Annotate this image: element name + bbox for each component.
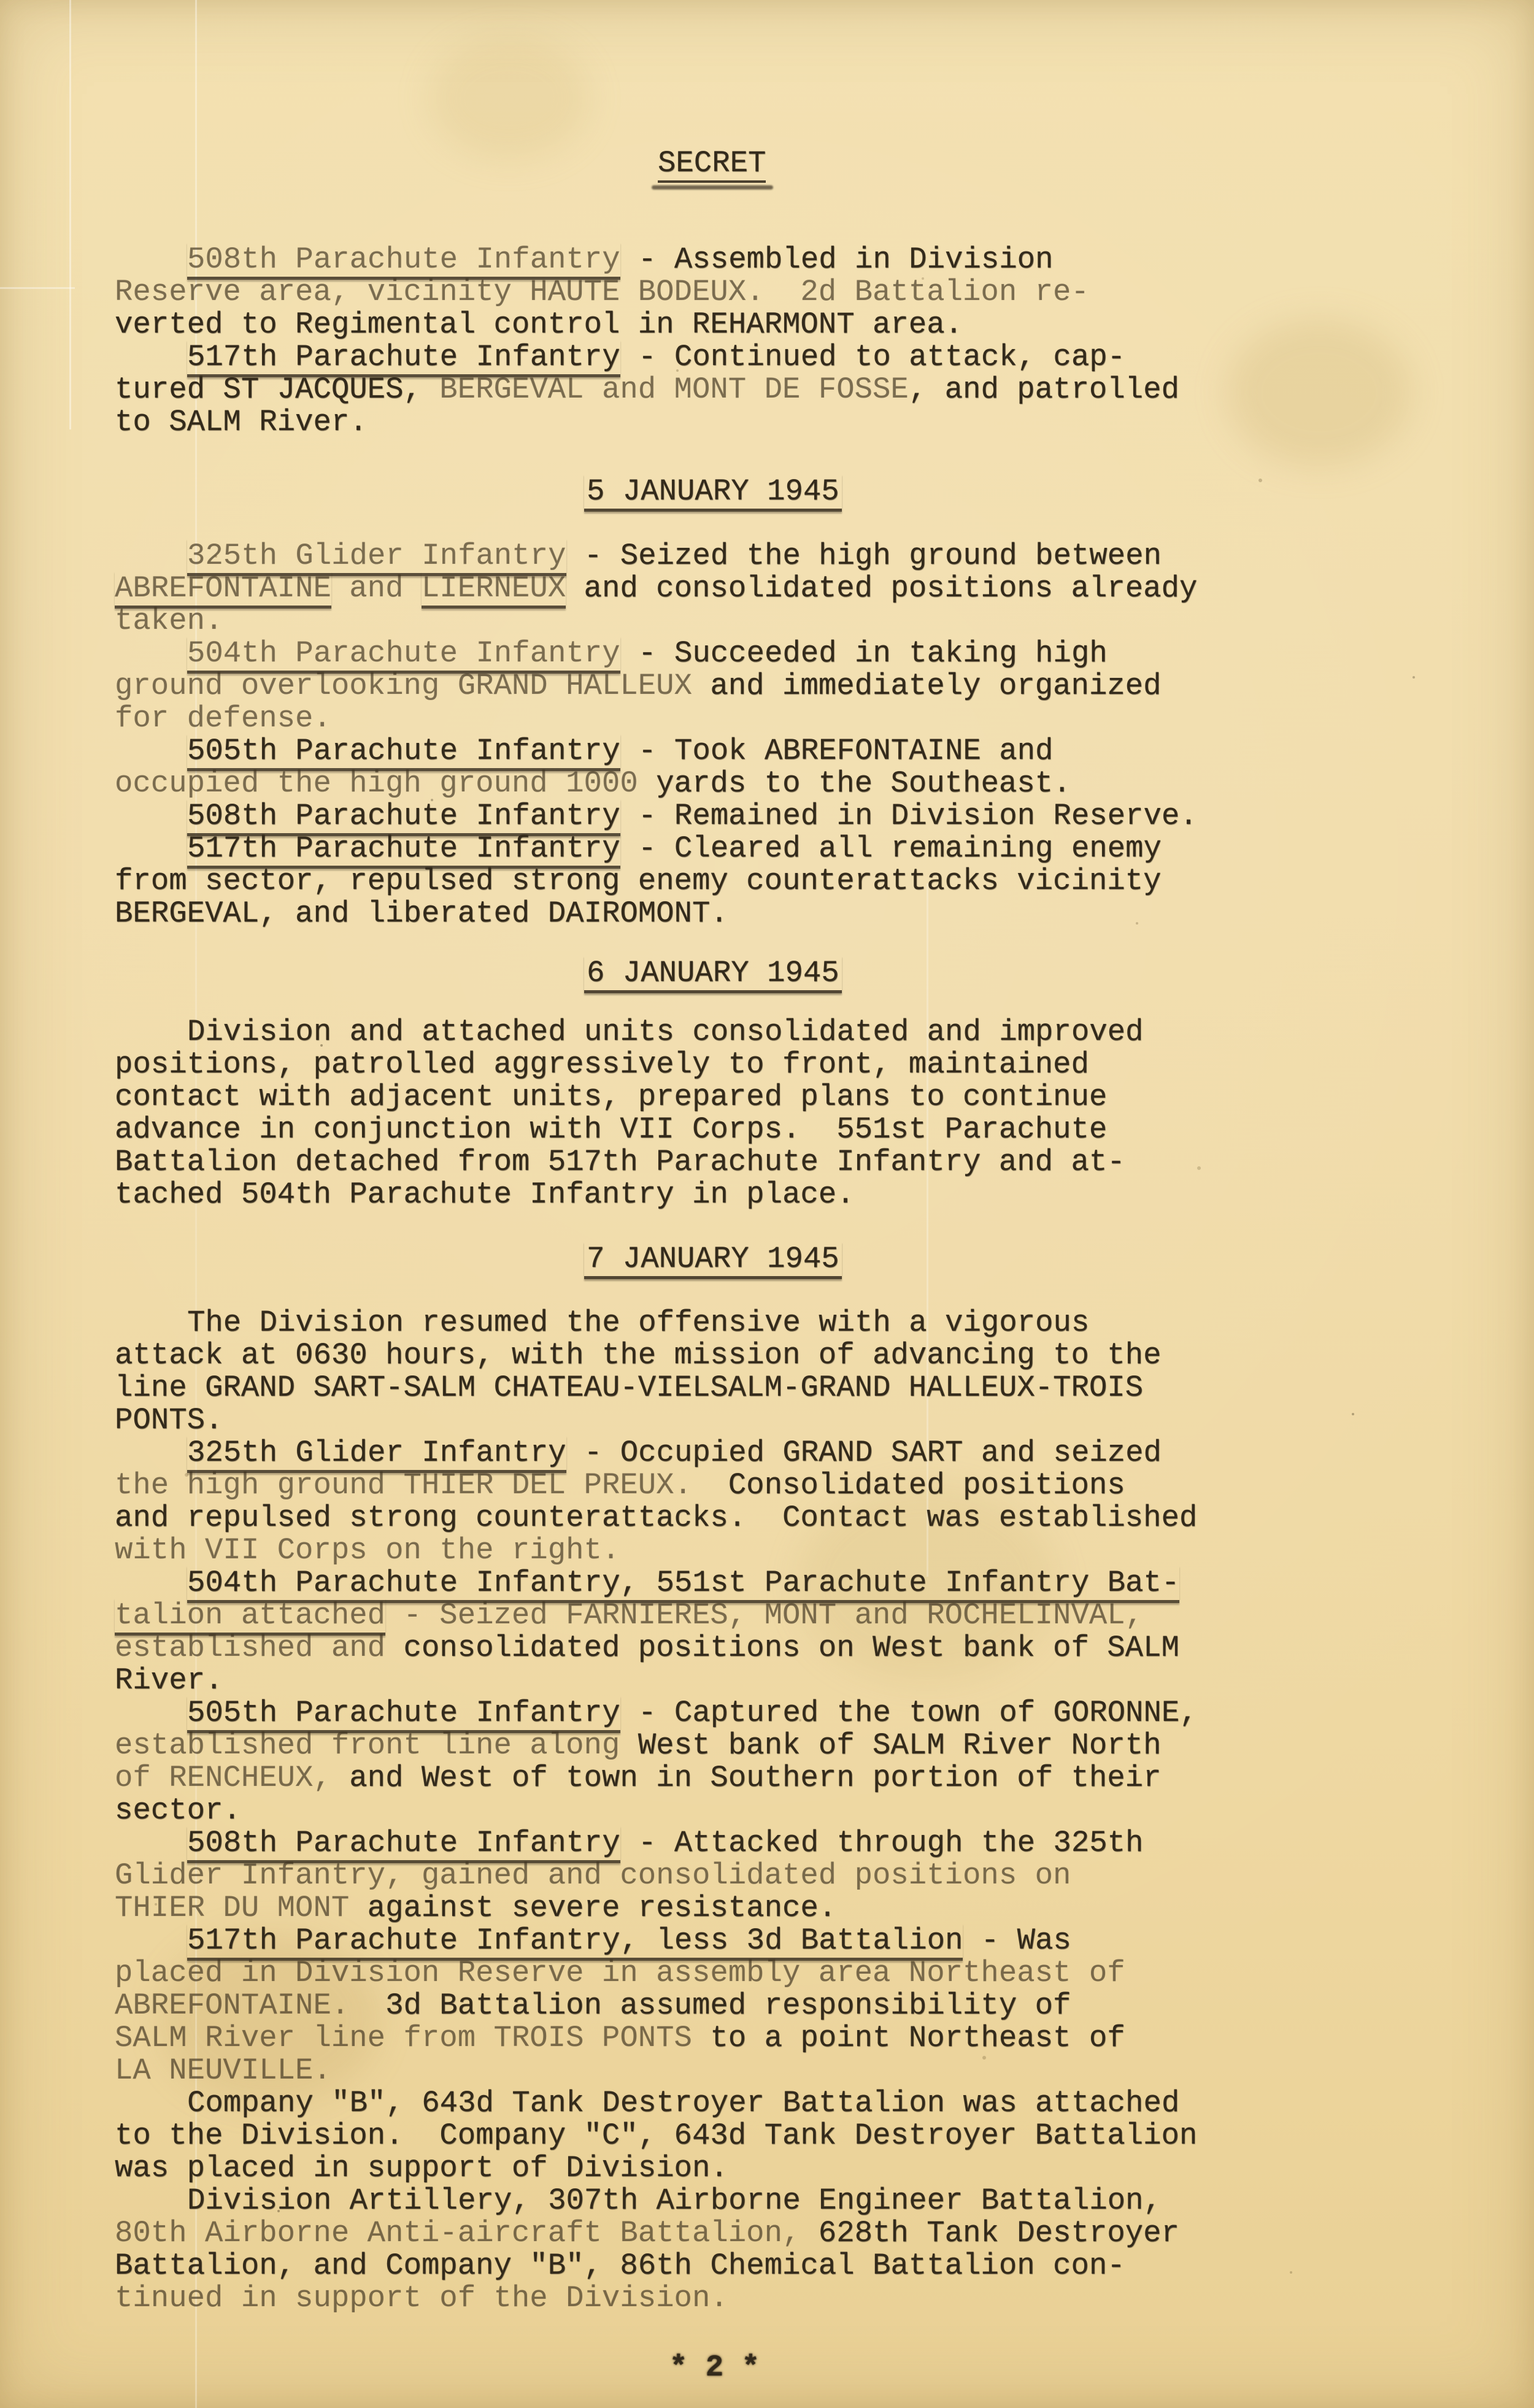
text-segment: , and patrolled <box>909 372 1179 407</box>
text-segment: The Division resumed the offensive with … <box>187 1306 1089 1340</box>
unit-designation: 505th Parachute Infantry <box>187 734 620 771</box>
text-segment: contact with adjacent units, prepared pl… <box>115 1080 1107 1114</box>
text-line: 517th Parachute Infantry - Cleared all r… <box>115 833 1195 865</box>
unit-designation: talion attached <box>115 1598 385 1636</box>
text-line: tached 504th Parachute Infantry in place… <box>115 1179 1195 1211</box>
text-line: ground overlooking GRAND HALLEUX and imm… <box>115 670 1195 702</box>
text-segment: established front line along <box>115 1728 620 1763</box>
text-line: ABREFONTAINE. 3d Battalion assumed respo… <box>115 1990 1195 2022</box>
unit-designation: 504th Parachute Infantry, 551st Parachut… <box>187 1566 1179 1603</box>
text-segment: Company "B", 643d Tank Destroyer Battali… <box>187 2086 1179 2120</box>
paragraph: 508th Parachute Infantry - Remained in D… <box>115 800 1195 833</box>
dust-specks <box>0 0 2 2</box>
text-segment: against severe resistance. <box>349 1891 836 1925</box>
date-heading: 6 JANUARY 1945 <box>584 956 842 993</box>
text-segment: and repulsed strong counterattacks. Cont… <box>115 1501 1197 1535</box>
paper-stain <box>1227 319 1411 466</box>
text-segment: yards to the Southeast. <box>638 766 1071 801</box>
text-segment: River. <box>115 1663 223 1698</box>
text-line: 504th Parachute Infantry - Succeeded in … <box>115 637 1195 670</box>
text-segment: SALM River line from TROIS PONTS <box>115 2021 692 2055</box>
text-segment: with VII Corps on the right. <box>115 1533 620 1568</box>
paragraph: 517th Parachute Infantry - Continued to … <box>115 341 1195 439</box>
date-heading-row: 6 JANUARY 1945 <box>587 957 1195 990</box>
text-segment: Division Artillery, 307th Airborne Engin… <box>187 2183 1162 2218</box>
text-segment: THIER DU MONT <box>115 1891 349 1925</box>
text-segment: for defense. <box>115 701 331 736</box>
text-line: ABREFONTAINE and LIERNEUX and consolidat… <box>115 572 1195 605</box>
page-footer: * 2 * <box>669 2352 1195 2384</box>
text-segment: LA NEUVILLE. <box>115 2053 331 2088</box>
text-line: Glider Infantry, gained and consolidated… <box>115 1860 1195 1892</box>
unit-designation: 504th Parachute Infantry <box>187 636 620 674</box>
paragraph: 504th Parachute Infantry, 551st Parachut… <box>115 1567 1195 1697</box>
text-line: 325th Glider Infantry - Occupied GRAND S… <box>115 1437 1195 1469</box>
text-segment: advance in conjunction with VII Corps. 5… <box>115 1112 1107 1147</box>
text-line: for defense. <box>115 702 1195 735</box>
paper-stain <box>430 37 589 160</box>
text-segment: ABREFONTAINE. <box>115 1988 349 2023</box>
text-line: 80th Airborne Anti-aircraft Battalion, 6… <box>115 2217 1195 2250</box>
text-segment: - Took ABREFONTAINE and <box>620 734 1054 768</box>
date-heading: 7 JANUARY 1945 <box>584 1242 842 1279</box>
text-segment: Battalion, and Company "B", 86th Chemica… <box>115 2248 1125 2283</box>
paragraph: 508th Parachute Infantry - Assembled in … <box>115 244 1195 341</box>
text-segment: - Captured the town of GORONNE, <box>620 1696 1198 1730</box>
text-line: contact with adjacent units, prepared pl… <box>115 1081 1195 1114</box>
text-line: 508th Parachute Infantry - Assembled in … <box>115 244 1195 276</box>
date-heading-row: 7 JANUARY 1945 <box>587 1243 1195 1275</box>
text-segment: occupied the high ground 1000 <box>115 766 638 801</box>
text-line: Reserve area, vicinity HAUTE BODEUX. 2d … <box>115 276 1195 309</box>
paragraph: 517th Parachute Infantry - Cleared all r… <box>115 833 1195 930</box>
paper-crease <box>0 287 75 289</box>
paragraph: 325th Glider Infantry - Seized the high … <box>115 540 1195 637</box>
text-segment: of RENCHEUX, <box>115 1761 331 1795</box>
text-line: Division Artillery, 307th Airborne Engin… <box>115 2185 1195 2217</box>
unit-designation: ABREFONTAINE <box>115 571 331 609</box>
paragraph: 325th Glider Infantry - Occupied GRAND S… <box>115 1437 1195 1567</box>
text-line: THIER DU MONT against severe resistance. <box>115 1892 1195 1925</box>
text-line: 505th Parachute Infantry - Captured the … <box>115 1697 1195 1729</box>
section-5-january-1945: 5 JANUARY 1945325th Glider Infantry - Se… <box>115 475 1195 930</box>
text-line: 508th Parachute Infantry - Attacked thro… <box>115 1827 1195 1860</box>
text-segment: taken. <box>115 604 223 638</box>
text-segment: from sector, repulsed strong enemy count… <box>115 864 1161 898</box>
unit-designation: 325th Glider Infantry <box>187 539 566 576</box>
text-line: BERGEVAL, and liberated DAIROMONT. <box>115 898 1195 930</box>
text-line: sector. <box>115 1794 1195 1827</box>
text-line: 508th Parachute Infantry - Remained in D… <box>115 800 1195 833</box>
paragraph: 504th Parachute Infantry - Succeeded in … <box>115 637 1195 735</box>
text-segment: BERGEVAL, and liberated DAIROMONT. <box>115 896 728 931</box>
text-segment: and <box>331 571 422 606</box>
date-heading-row: 5 JANUARY 1945 <box>587 475 1195 508</box>
text-line: attack at 0630 hours, with the mission o… <box>115 1339 1195 1372</box>
paragraph: 517th Parachute Infantry, less 3d Battal… <box>115 1925 1195 2087</box>
text-segment: - Continued to attack, cap- <box>620 340 1125 374</box>
text-segment: Consolidated positions <box>692 1468 1125 1502</box>
document-page: SECRET 508th Parachute Infantry - Assemb… <box>0 0 1534 2408</box>
text-segment: established and <box>115 1631 385 1665</box>
text-line: established front line along West bank o… <box>115 1729 1195 1762</box>
text-segment: Reserve area, vicinity HAUTE BODEUX. 2d … <box>115 275 1089 309</box>
paragraph: Division Artillery, 307th Airborne Engin… <box>115 2185 1195 2315</box>
text-segment: placed in Division Reserve in assembly a… <box>115 1956 1125 1990</box>
text-line: to SALM River. <box>115 406 1195 439</box>
unit-designation: 517th Parachute Infantry, less 3d Battal… <box>187 1923 963 1961</box>
paragraph: Division and attached units consolidated… <box>115 1016 1195 1211</box>
text-line: with VII Corps on the right. <box>115 1534 1195 1567</box>
text-line: advance in conjunction with VII Corps. 5… <box>115 1114 1195 1146</box>
text-segment: attack at 0630 hours, with the mission o… <box>115 1338 1161 1372</box>
paper-crease <box>69 0 71 429</box>
text-segment: - Remained in Division Reserve. <box>620 799 1198 833</box>
classification-heading: SECRET <box>658 146 766 183</box>
paragraph: 505th Parachute Infantry - Took ABREFONT… <box>115 735 1195 800</box>
text-segment: ground overlooking GRAND HALLEUX <box>115 669 692 703</box>
section-intro: 508th Parachute Infantry - Assembled in … <box>115 244 1195 439</box>
text-segment: tured ST JACQUES, <box>115 372 439 407</box>
text-segment: - Cleared all remaining enemy <box>620 831 1162 866</box>
text-line: verted to Regimental control in REHARMON… <box>115 309 1195 341</box>
text-segment: - Occupied GRAND SART and seized <box>566 1436 1162 1470</box>
text-segment: - Assembled in Division <box>620 242 1054 277</box>
unit-designation: 325th Glider Infantry <box>187 1436 566 1473</box>
paragraph: The Division resumed the offensive with … <box>115 1307 1195 1437</box>
text-line: the high ground THIER DEL PREUX. Consoli… <box>115 1469 1195 1502</box>
text-line: line GRAND SART-SALM CHATEAU-VIELSALM-GR… <box>115 1372 1195 1404</box>
paragraph: Company "B", 643d Tank Destroyer Battali… <box>115 2087 1195 2185</box>
text-line: tinued in support of the Division. <box>115 2282 1195 2315</box>
text-segment: was placed in support of Division. <box>115 2151 728 2185</box>
text-line: SALM River line from TROIS PONTS to a po… <box>115 2022 1195 2055</box>
text-segment: tinued in support of the Division. <box>115 2281 728 2315</box>
text-segment: BERGEVAL and MONT DE FOSSE <box>439 372 909 407</box>
unit-designation: LIERNEUX <box>422 571 566 609</box>
text-line: 505th Parachute Infantry - Took ABREFONT… <box>115 735 1195 767</box>
unit-designation: 517th Parachute Infantry <box>187 831 620 869</box>
text-line: The Division resumed the offensive with … <box>115 1307 1195 1339</box>
text-line: PONTS. <box>115 1404 1195 1437</box>
text-segment: - Seized FARNIERES, MONT and ROCHELINVAL… <box>385 1598 1143 1633</box>
text-segment: 80th Airborne Anti-aircraft Battalion, <box>115 2216 800 2250</box>
text-line: 325th Glider Infantry - Seized the high … <box>115 540 1195 572</box>
text-segment: to the Division. Company "C", 643d Tank … <box>115 2118 1197 2153</box>
date-heading: 5 JANUARY 1945 <box>584 474 842 512</box>
section-7-january-1945: 7 JANUARY 1945The Division resumed the o… <box>115 1243 1195 2315</box>
text-segment: the high ground THIER DEL PREUX. <box>115 1468 692 1502</box>
classification-row: SECRET <box>658 147 1195 180</box>
unit-designation: 505th Parachute Infantry <box>187 1696 620 1733</box>
text-segment: tached 504th Parachute Infantry in place… <box>115 1177 855 1212</box>
text-line: taken. <box>115 605 1195 637</box>
text-segment: 3d Battalion assumed responsibility of <box>349 1988 1071 2023</box>
text-segment: line GRAND SART-SALM CHATEAU-VIELSALM-GR… <box>115 1371 1143 1405</box>
text-segment: - Succeeded in taking high <box>620 636 1108 671</box>
text-segment: consolidated positions on West bank of S… <box>385 1631 1179 1665</box>
text-line: River. <box>115 1664 1195 1697</box>
page-number: * 2 * <box>669 2350 760 2385</box>
text-segment: to a point Northeast of <box>692 2021 1125 2055</box>
text-segment: and immediately organized <box>692 669 1162 703</box>
text-line: placed in Division Reserve in assembly a… <box>115 1957 1195 1990</box>
text-segment: to SALM River. <box>115 405 368 439</box>
section-6-january-1945: 6 JANUARY 1945Division and attached unit… <box>115 957 1195 1211</box>
text-line: LA NEUVILLE. <box>115 2055 1195 2087</box>
unit-designation: 508th Parachute Infantry <box>187 799 620 836</box>
unit-designation: 508th Parachute Infantry <box>187 242 620 280</box>
text-segment: verted to Regimental control in REHARMON… <box>115 307 963 342</box>
text-line: occupied the high ground 1000 yards to t… <box>115 767 1195 800</box>
text-line: talion attached - Seized FARNIERES, MONT… <box>115 1599 1195 1632</box>
text-line: from sector, repulsed strong enemy count… <box>115 865 1195 898</box>
text-segment: sector. <box>115 1793 241 1828</box>
text-line: and repulsed strong counterattacks. Cont… <box>115 1502 1195 1534</box>
text-segment: positions, patrolled aggressively to fro… <box>115 1047 1089 1082</box>
text-line: Company "B", 643d Tank Destroyer Battali… <box>115 2087 1195 2120</box>
text-line: Division and attached units consolidated… <box>115 1016 1195 1048</box>
text-line: of RENCHEUX, and West of town in Souther… <box>115 1762 1195 1794</box>
text-segment: Glider Infantry, gained and consolidated… <box>115 1858 1071 1893</box>
text-line: positions, patrolled aggressively to fro… <box>115 1048 1195 1081</box>
text-segment: West bank of SALM River North <box>620 1728 1161 1763</box>
text-line: to the Division. Company "C", 643d Tank … <box>115 2120 1195 2152</box>
typewritten-text: SECRET 508th Parachute Infantry - Assemb… <box>115 147 1195 2384</box>
text-segment: and West of town in Southern portion of … <box>331 1761 1162 1795</box>
text-line: 517th Parachute Infantry - Continued to … <box>115 341 1195 374</box>
text-line: established and consolidated positions o… <box>115 1632 1195 1664</box>
text-line: Battalion, and Company "B", 86th Chemica… <box>115 2250 1195 2282</box>
text-line: was placed in support of Division. <box>115 2152 1195 2185</box>
text-line: 504th Parachute Infantry, 551st Parachut… <box>115 1567 1195 1599</box>
text-segment: - Was <box>963 1923 1071 1958</box>
document-sections: 508th Parachute Infantry - Assembled in … <box>115 244 1195 2315</box>
unit-designation: 508th Parachute Infantry <box>187 1826 620 1863</box>
text-segment: - Seized the high ground between <box>566 539 1162 573</box>
unit-designation: 517th Parachute Infantry <box>187 340 620 377</box>
text-line: Battalion detached from 517th Parachute … <box>115 1146 1195 1179</box>
text-line: 517th Parachute Infantry, less 3d Battal… <box>115 1925 1195 1957</box>
text-line: tured ST JACQUES, BERGEVAL and MONT DE F… <box>115 374 1195 406</box>
text-segment: 628th Tank Destroyer <box>800 2216 1179 2250</box>
text-segment: PONTS. <box>115 1403 223 1437</box>
text-segment: and consolidated positions already <box>566 571 1197 606</box>
paragraph: 508th Parachute Infantry - Attacked thro… <box>115 1827 1195 1925</box>
paragraph: 505th Parachute Infantry - Captured the … <box>115 1697 1195 1827</box>
text-segment: Battalion detached from 517th Parachute … <box>115 1145 1125 1179</box>
text-segment: - Attacked through the 325th <box>620 1826 1144 1860</box>
text-segment: Division and attached units consolidated… <box>187 1015 1143 1049</box>
